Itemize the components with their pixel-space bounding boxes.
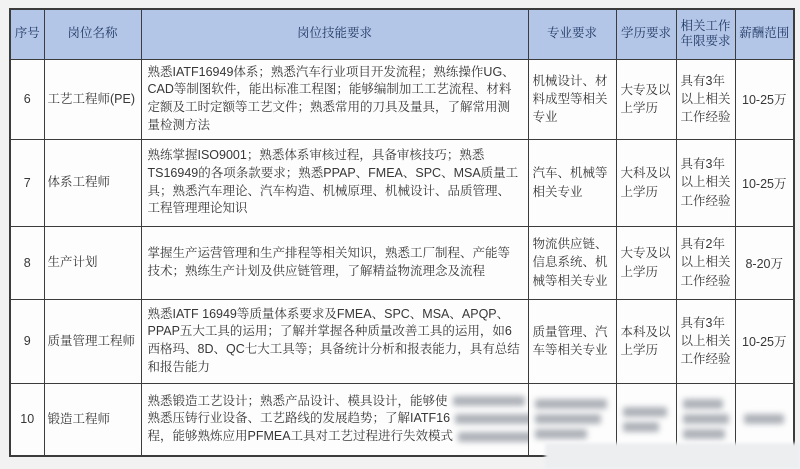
redacted-content [623, 407, 667, 417]
education-requirement: 大专及以上学历 [616, 59, 676, 139]
row-no: 10 [10, 383, 44, 456]
experience-requirement: 具有2年以上相关工作经验 [676, 226, 735, 299]
experience-requirement: 具有3年以上相关工作经验 [676, 139, 735, 226]
salary-range: 10-25万 [735, 299, 794, 383]
redacted-content [683, 414, 729, 424]
redacted-content [535, 414, 601, 424]
salary-range: 10-25万 [735, 59, 794, 139]
position-name: 质量管理工程师 [44, 299, 141, 383]
censor-blur-overlay [545, 443, 800, 469]
skill-requirements: 熟悉IATF 16949等质量体系要求及FMEA、SPC、MSA、APQP、PP… [141, 299, 528, 383]
redacted-content [458, 432, 528, 442]
major-requirement: 质量管理、汽车等相关专业 [528, 299, 616, 383]
experience-requirement: 具有3年以上相关工作经验 [676, 299, 735, 383]
major-requirement: 机械设计、材料成型等相关专业 [528, 59, 616, 139]
skill-requirements: 熟练掌握ISO9001；熟悉体系审核过程，具备审核技巧；熟悉TS16949的各项… [141, 139, 528, 226]
education-requirement: 大科及以上学历 [616, 139, 676, 226]
salary-range: 10-25万 [735, 139, 794, 226]
skill-line: 熟悉压铸行业设备、工艺路线的发展趋势；了解IATF16 [148, 411, 451, 425]
position-name: 生产计划 [44, 226, 141, 299]
header-col-salary: 薪酬范围 [735, 9, 794, 59]
table-row: 8 生产计划 掌握生产运营管理和生产排程等相关知识，熟悉工厂制程、产能等技术；熟… [10, 226, 794, 299]
redacted-content [455, 414, 528, 424]
position-name: 工艺工程师(PE) [44, 59, 141, 139]
job-positions-table: 序号 岗位名称 岗位技能要求 专业要求 学历要求 相关工作年限要求 薪酬范围 6… [9, 8, 795, 457]
job-table-screenshot: 序号 岗位名称 岗位技能要求 专业要求 学历要求 相关工作年限要求 薪酬范围 6… [0, 0, 800, 469]
skill-line: 程，能够熟炼应用PFMEA工具对工艺过程进行失效模式 [148, 429, 454, 443]
skill-line: 熟悉锻造工艺设计；熟悉产品设计、模具设计，能够使 [148, 394, 448, 408]
major-requirement: 汽车、机械等相关专业 [528, 139, 616, 226]
redacted-content [744, 414, 784, 424]
major-requirement: 物流供应链、信息系统、机械等相关专业 [528, 226, 616, 299]
table-row: 9 质量管理工程师 熟悉IATF 16949等质量体系要求及FMEA、SPC、M… [10, 299, 794, 383]
salary-range: 8-20万 [735, 226, 794, 299]
redacted-content [623, 422, 659, 432]
row-no: 6 [10, 59, 44, 139]
skill-requirements: 掌握生产运营管理和生产排程等相关知识，熟悉工厂制程、产能等技术；熟练生产计划及供… [141, 226, 528, 299]
redacted-content [535, 399, 607, 409]
header-col-major: 专业要求 [528, 9, 616, 59]
table-row: 7 体系工程师 熟练掌握ISO9001；熟悉体系审核过程，具备审核技巧；熟悉TS… [10, 139, 794, 226]
position-name: 锻造工程师 [44, 383, 141, 456]
redacted-content [453, 396, 525, 406]
position-name: 体系工程师 [44, 139, 141, 226]
skill-requirements-partially-redacted: 熟悉锻造工艺设计；熟悉产品设计、模具设计，能够使 熟悉压铸行业设备、工艺路线的发… [141, 383, 528, 456]
redacted-content [535, 429, 587, 439]
row-no: 7 [10, 139, 44, 226]
experience-requirement: 具有3年以上相关工作经验 [676, 59, 735, 139]
skill-requirements: 熟悉IATF16949体系；熟悉汽车行业项目开发流程；熟练操作UG、CAD等制图… [141, 59, 528, 139]
redacted-content [683, 429, 725, 439]
redacted-content [683, 399, 723, 409]
education-requirement: 本科及以上学历 [616, 299, 676, 383]
row-no: 8 [10, 226, 44, 299]
header-col-edu: 学历要求 [616, 9, 676, 59]
header-col-exp: 相关工作年限要求 [676, 9, 735, 59]
table-row: 6 工艺工程师(PE) 熟悉IATF16949体系；熟悉汽车行业项目开发流程；熟… [10, 59, 794, 139]
education-requirement: 大专及以上学历 [616, 226, 676, 299]
header-col-no: 序号 [10, 9, 44, 59]
header-col-skills: 岗位技能要求 [141, 9, 528, 59]
table-header-row: 序号 岗位名称 岗位技能要求 专业要求 学历要求 相关工作年限要求 薪酬范围 [10, 9, 794, 59]
row-no: 9 [10, 299, 44, 383]
header-col-name: 岗位名称 [44, 9, 141, 59]
